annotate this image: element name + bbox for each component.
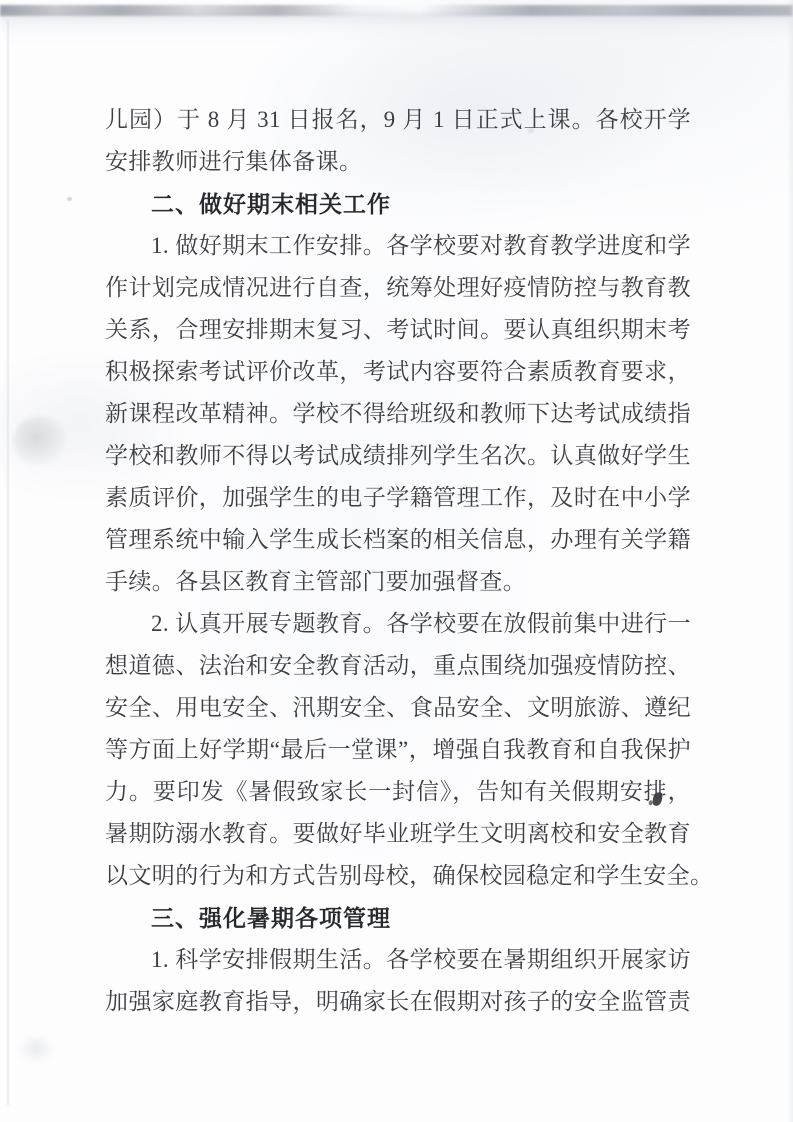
paragraph-special-education: 2. 认真开展专题教育。各学校要在放假前集中进行一次思 想道德、法治和安全教育活… bbox=[105, 603, 691, 897]
page-left-edge-line bbox=[7, 20, 9, 1105]
text-line: 关系，合理安排期末复习、考试时间。要认真组织期末考试， bbox=[105, 309, 691, 351]
section-heading-2: 二、做好期末相关工作 bbox=[105, 183, 691, 225]
text-line: 积极探索考试评价改革，考试内容要符合素质教育要求，体现 bbox=[105, 351, 691, 393]
page-right-edge-shade bbox=[787, 0, 793, 1122]
text-line: 加强家庭教育指导，明确家长在假期对孩子的安全监管责任， bbox=[105, 981, 691, 1023]
text-line: 安全、用电安全、汛期安全、食品安全、文明旅游、遵纪守法 bbox=[105, 687, 691, 729]
text-line: 力。要印发《暑假致家长一封信》，告知有关假期安排，突出 bbox=[105, 771, 691, 813]
text-line: 素质评价，加强学生的电子学籍管理工作，及时在中小学学籍 bbox=[105, 477, 691, 519]
text-line: 等方面上好学期“最后一堂课”，增强自我教育和自我保护能 bbox=[105, 729, 691, 771]
text-line: 以文明的行为和方式告别母校，确保校园稳定和学生安全。 bbox=[105, 855, 691, 897]
scan-speck bbox=[67, 197, 72, 201]
text-line: 2. 认真开展专题教育。各学校要在放假前集中进行一次思 bbox=[105, 603, 691, 645]
scanner-edge-band-fade bbox=[0, 13, 793, 41]
section-heading-3: 三、强化暑期各项管理 bbox=[105, 897, 691, 939]
paragraph-holiday-life: 1. 科学安排假期生活。各学校要在暑期组织开展家访活动， 加强家庭教育指导，明确… bbox=[105, 939, 691, 1023]
text-line: 想道德、法治和安全教育活动，重点围绕加强疫情防控、交通 bbox=[105, 645, 691, 687]
paragraph-term-end-work: 1. 做好期末工作安排。各学校要对教育教学进度和学校工 作计划完成情况进行自查，… bbox=[105, 225, 691, 603]
scanned-document-page: 儿园）于 8 月 31 日报名，9 月 1 日正式上课。各校开学前一周 安排教师… bbox=[0, 0, 793, 1122]
document-text-block: 儿园）于 8 月 31 日报名，9 月 1 日正式上课。各校开学前一周 安排教师… bbox=[105, 99, 691, 1023]
text-line: 手续。各县区教育主管部门要加强督查。 bbox=[105, 561, 691, 603]
text-line: 1. 科学安排假期生活。各学校要在暑期组织开展家访活动， bbox=[105, 939, 691, 981]
text-line: 安排教师进行集体备课。 bbox=[105, 141, 691, 183]
text-line: 学校和教师不得以考试成绩排列学生名次。认真做好学生综合 bbox=[105, 435, 691, 477]
scan-smudge-left-margin bbox=[13, 416, 67, 466]
text-line: 儿园）于 8 月 31 日报名，9 月 1 日正式上课。各校开学前一周 bbox=[105, 99, 691, 141]
text-line: 新课程改革精神。学校不得给班级和教师下达考试成绩指标， bbox=[105, 393, 691, 435]
paragraph-continuation: 儿园）于 8 月 31 日报名，9 月 1 日正式上课。各校开学前一周 安排教师… bbox=[105, 99, 691, 183]
text-line: 管理系统中输入学生成长档案的相关信息，办理有关学籍变动 bbox=[105, 519, 691, 561]
text-line: 暑期防溺水教育。要做好毕业班学生文明离校和安全教育工作， bbox=[105, 813, 691, 855]
text-line: 作计划完成情况进行自查，统筹处理好疫情防控与教育教学的 bbox=[105, 267, 691, 309]
scan-smudge-bottom-left bbox=[18, 1034, 54, 1064]
text-line: 1. 做好期末工作安排。各学校要对教育教学进度和学校工 bbox=[105, 225, 691, 267]
